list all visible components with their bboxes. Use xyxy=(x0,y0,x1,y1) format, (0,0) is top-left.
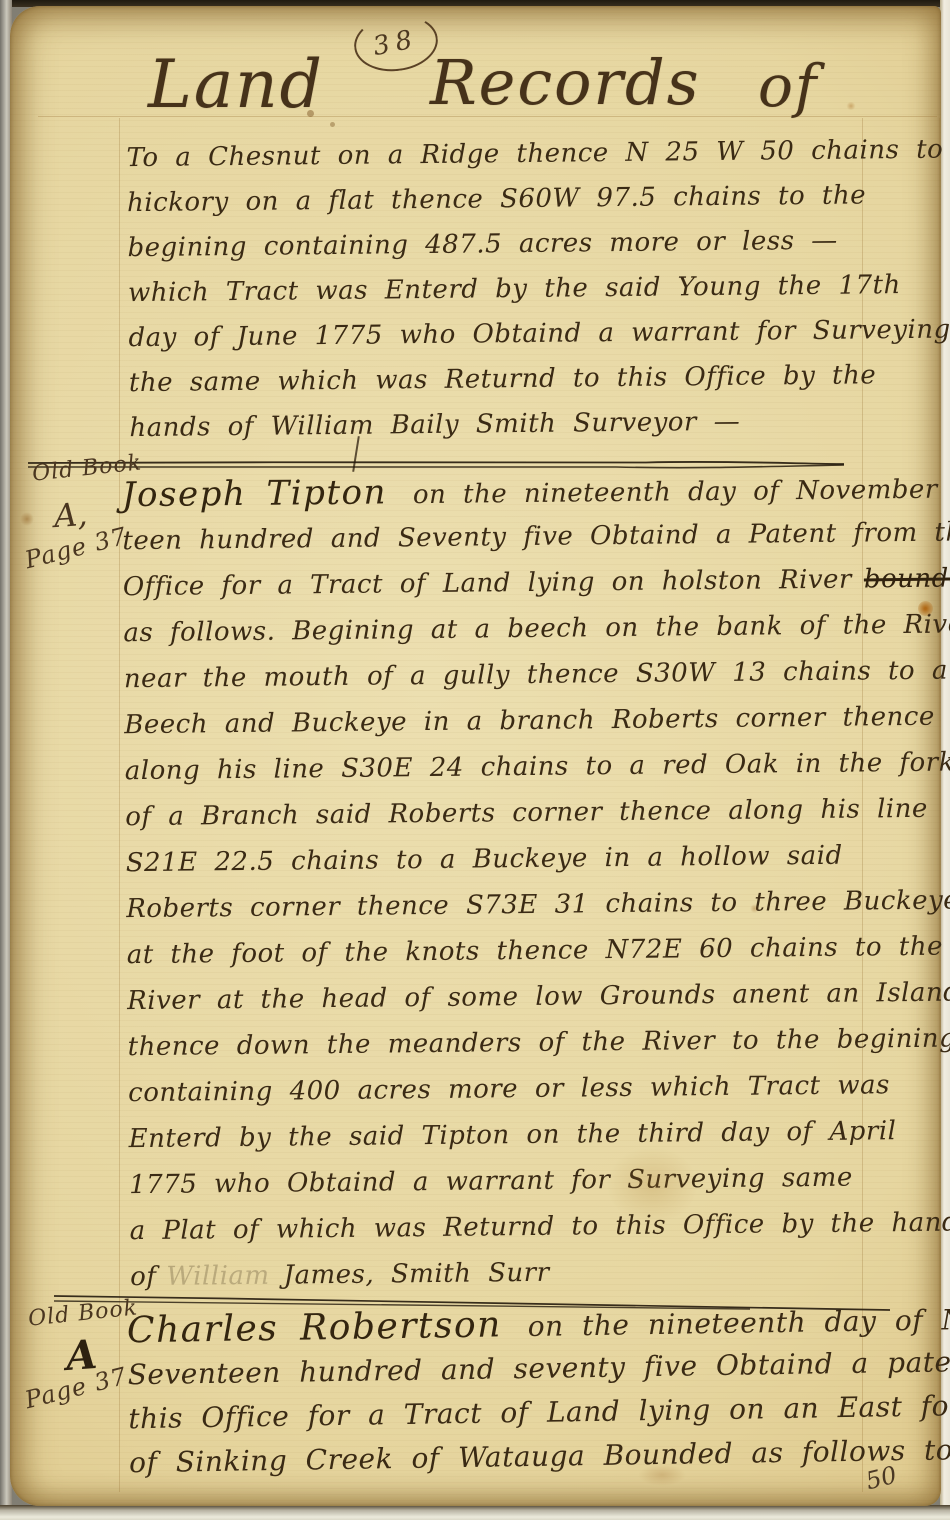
manuscript-line: containing 400 acres more or less which … xyxy=(128,1062,928,1116)
manuscript-line: a Plat of which was Returnd to this Offi… xyxy=(129,1200,929,1254)
page-number-oval: 38 xyxy=(351,10,441,76)
manuscript-line: at the foot of the knots thence N72E 60 … xyxy=(127,924,927,978)
stain xyxy=(20,512,34,526)
manuscript-line: River at the head of some low Grounds an… xyxy=(127,970,927,1024)
scanned-ledger-page: { "document": { "page_number": "38", "co… xyxy=(0,0,950,1520)
scanner-edge-bottom xyxy=(0,1505,950,1520)
stain xyxy=(606,1146,698,1224)
page-title-word-of: of xyxy=(758,52,818,120)
manuscript-line: the same which was Returnd to this Offic… xyxy=(129,353,919,406)
manuscript-line: near the mouth of a gully thence S30W 13… xyxy=(124,648,924,702)
grantee-name: Joseph Tipton xyxy=(122,472,387,515)
stain xyxy=(307,110,314,117)
page-title-word-records: Records xyxy=(430,46,701,119)
stain xyxy=(638,1464,686,1486)
manuscript-line: S21E 22.5 chains to a Buckeye in a hollo… xyxy=(126,832,926,886)
margin-note-book-letter: A, xyxy=(53,495,89,535)
manuscript-line: Roberts corner thence S73E 31 chains to … xyxy=(126,878,926,932)
manuscript-line: teen hundred and Seventy five Obtaind a … xyxy=(122,510,922,564)
margin-rule-left xyxy=(119,118,120,1492)
ledger-page: 38 Land Records of To a Chesnut on a Rid… xyxy=(10,6,941,1506)
stain xyxy=(750,904,759,913)
stain xyxy=(918,601,933,616)
page-title-word-land: Land xyxy=(148,46,324,123)
manuscript-line: of a Branch said Roberts corner thence a… xyxy=(125,786,925,840)
manuscript-line: Beech and Buckeye in a branch Roberts co… xyxy=(124,694,924,748)
manuscript-line: 1775 who Obtaind a warrant for Surveying… xyxy=(129,1154,929,1208)
manuscript-line: hands of William Baily Smith Surveyor — xyxy=(129,398,919,451)
page-number: 38 xyxy=(371,24,421,62)
grantee-name: Charles Robertson xyxy=(127,1304,502,1351)
corner-mark: 50 xyxy=(863,1461,899,1496)
entry-robertson-body: Seventeen hundred and seventy five Obtai… xyxy=(127,1341,929,1486)
manuscript-line: along his line S30E 24 chains to a red O… xyxy=(125,740,925,794)
manuscript-line: as follows. Begining at a beech on the b… xyxy=(123,602,923,656)
stain xyxy=(846,102,856,110)
manuscript-line: thence down the meanders of the River to… xyxy=(127,1016,927,1070)
struck-word: bounded xyxy=(864,563,950,594)
faded-word: William xyxy=(166,1261,269,1292)
entry-young-continuation: To a Chesnut on a Ridge thence N 25 W 50… xyxy=(126,128,919,451)
manuscript-line: Office for a Tract of Land lying on hols… xyxy=(123,556,923,610)
entry-robertson: Charles Robertsonon the nineteenth day o… xyxy=(127,1297,930,1486)
entry-tipton-body: as follows. Begining at a beech on the b… xyxy=(123,602,930,1254)
stain xyxy=(330,122,335,127)
margin-note-book: Old Book xyxy=(27,1295,139,1331)
manuscript-line: Enterd by the said Tipton on the third d… xyxy=(128,1108,928,1162)
manuscript-line: Joseph Tiptonon the nineteenth day of No… xyxy=(122,464,922,518)
entry-tipton: Joseph Tiptonon the nineteenth day of No… xyxy=(122,464,931,1300)
